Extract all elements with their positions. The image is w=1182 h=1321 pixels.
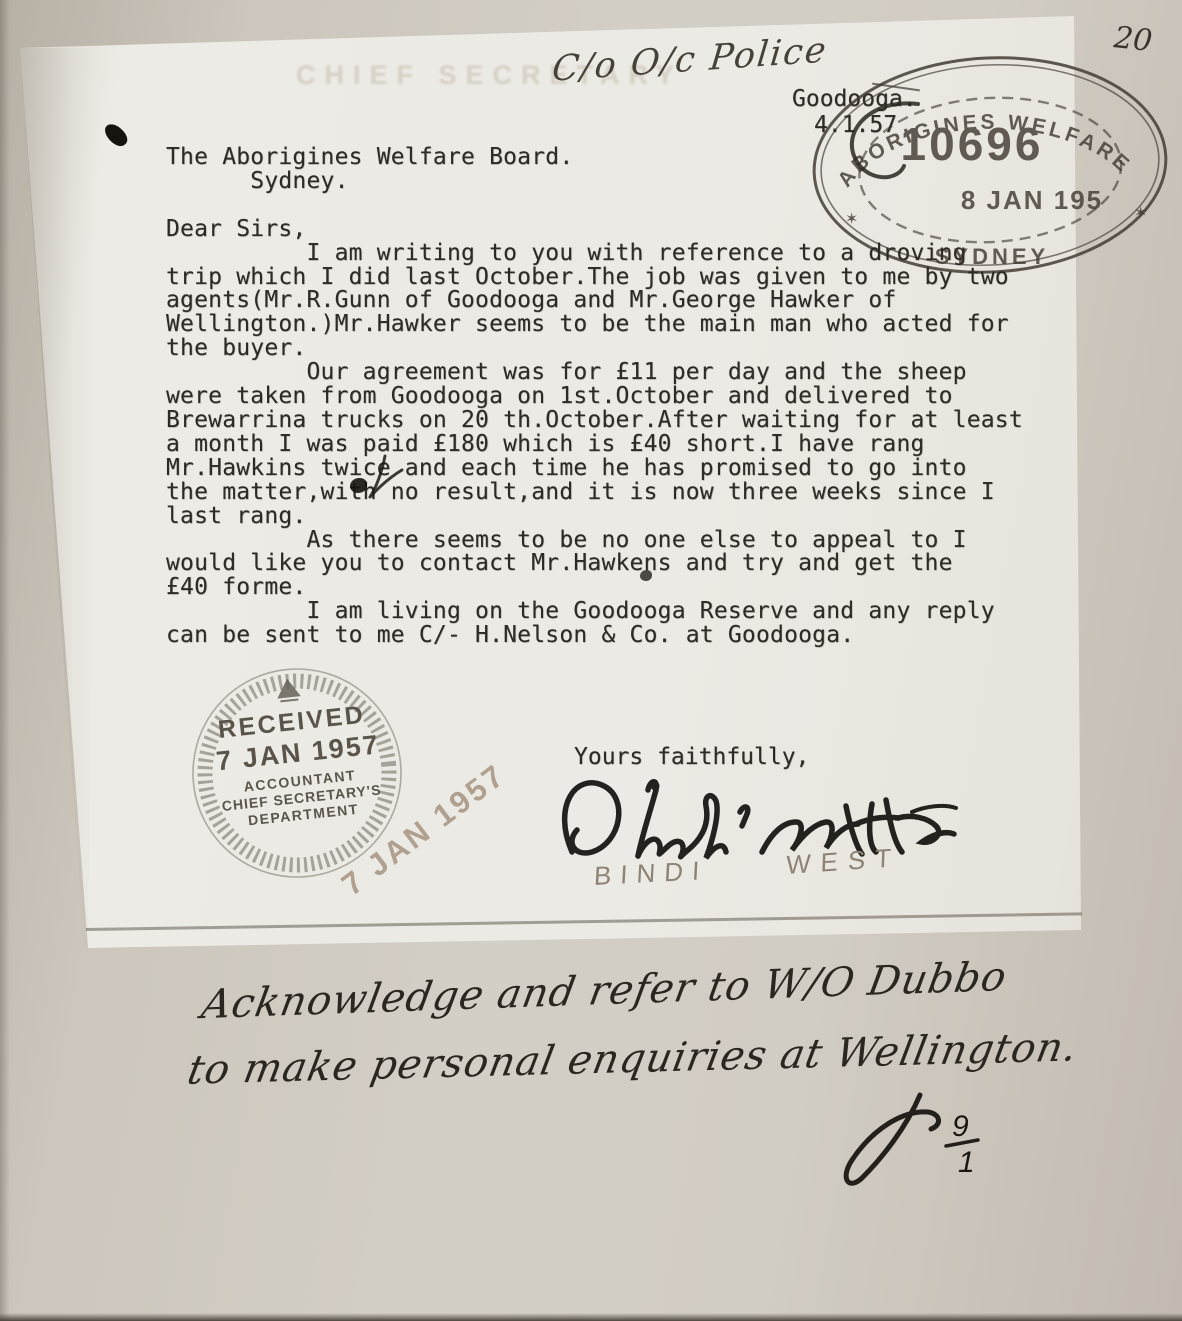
letter-date: 4.1.57 — [814, 112, 897, 138]
scan-bottom-edge — [0, 1313, 1182, 1321]
ink-blot — [350, 478, 367, 493]
letter-place: Goodooga. — [792, 86, 917, 112]
pencil-first-name: BINDI — [593, 855, 709, 892]
minute-line-1: Acknowledge and refer to W/O Dubbo — [198, 954, 1010, 1028]
page-number: 20 — [1112, 20, 1154, 59]
minute-date-denominator: 1 — [958, 1146, 975, 1179]
scan-left-shadow — [0, 0, 10, 1321]
closing-line: Yours faithfully, — [574, 744, 809, 770]
scanned-letter-page: CHIEF SECRETARY 20 C/o O/c Police Goodoo… — [0, 0, 1182, 1321]
typed-body: The Aborigines Welfare Board. Sydney. De… — [166, 146, 1023, 648]
sheet-fold-shadow — [18, 20, 98, 950]
minute-date-numerator: 9 — [952, 1110, 969, 1143]
minute-line-2: to make personal enquiries at Wellington… — [184, 1024, 1082, 1094]
stamp-star-right: ✶ — [1134, 205, 1147, 222]
ink-blot — [640, 570, 652, 581]
